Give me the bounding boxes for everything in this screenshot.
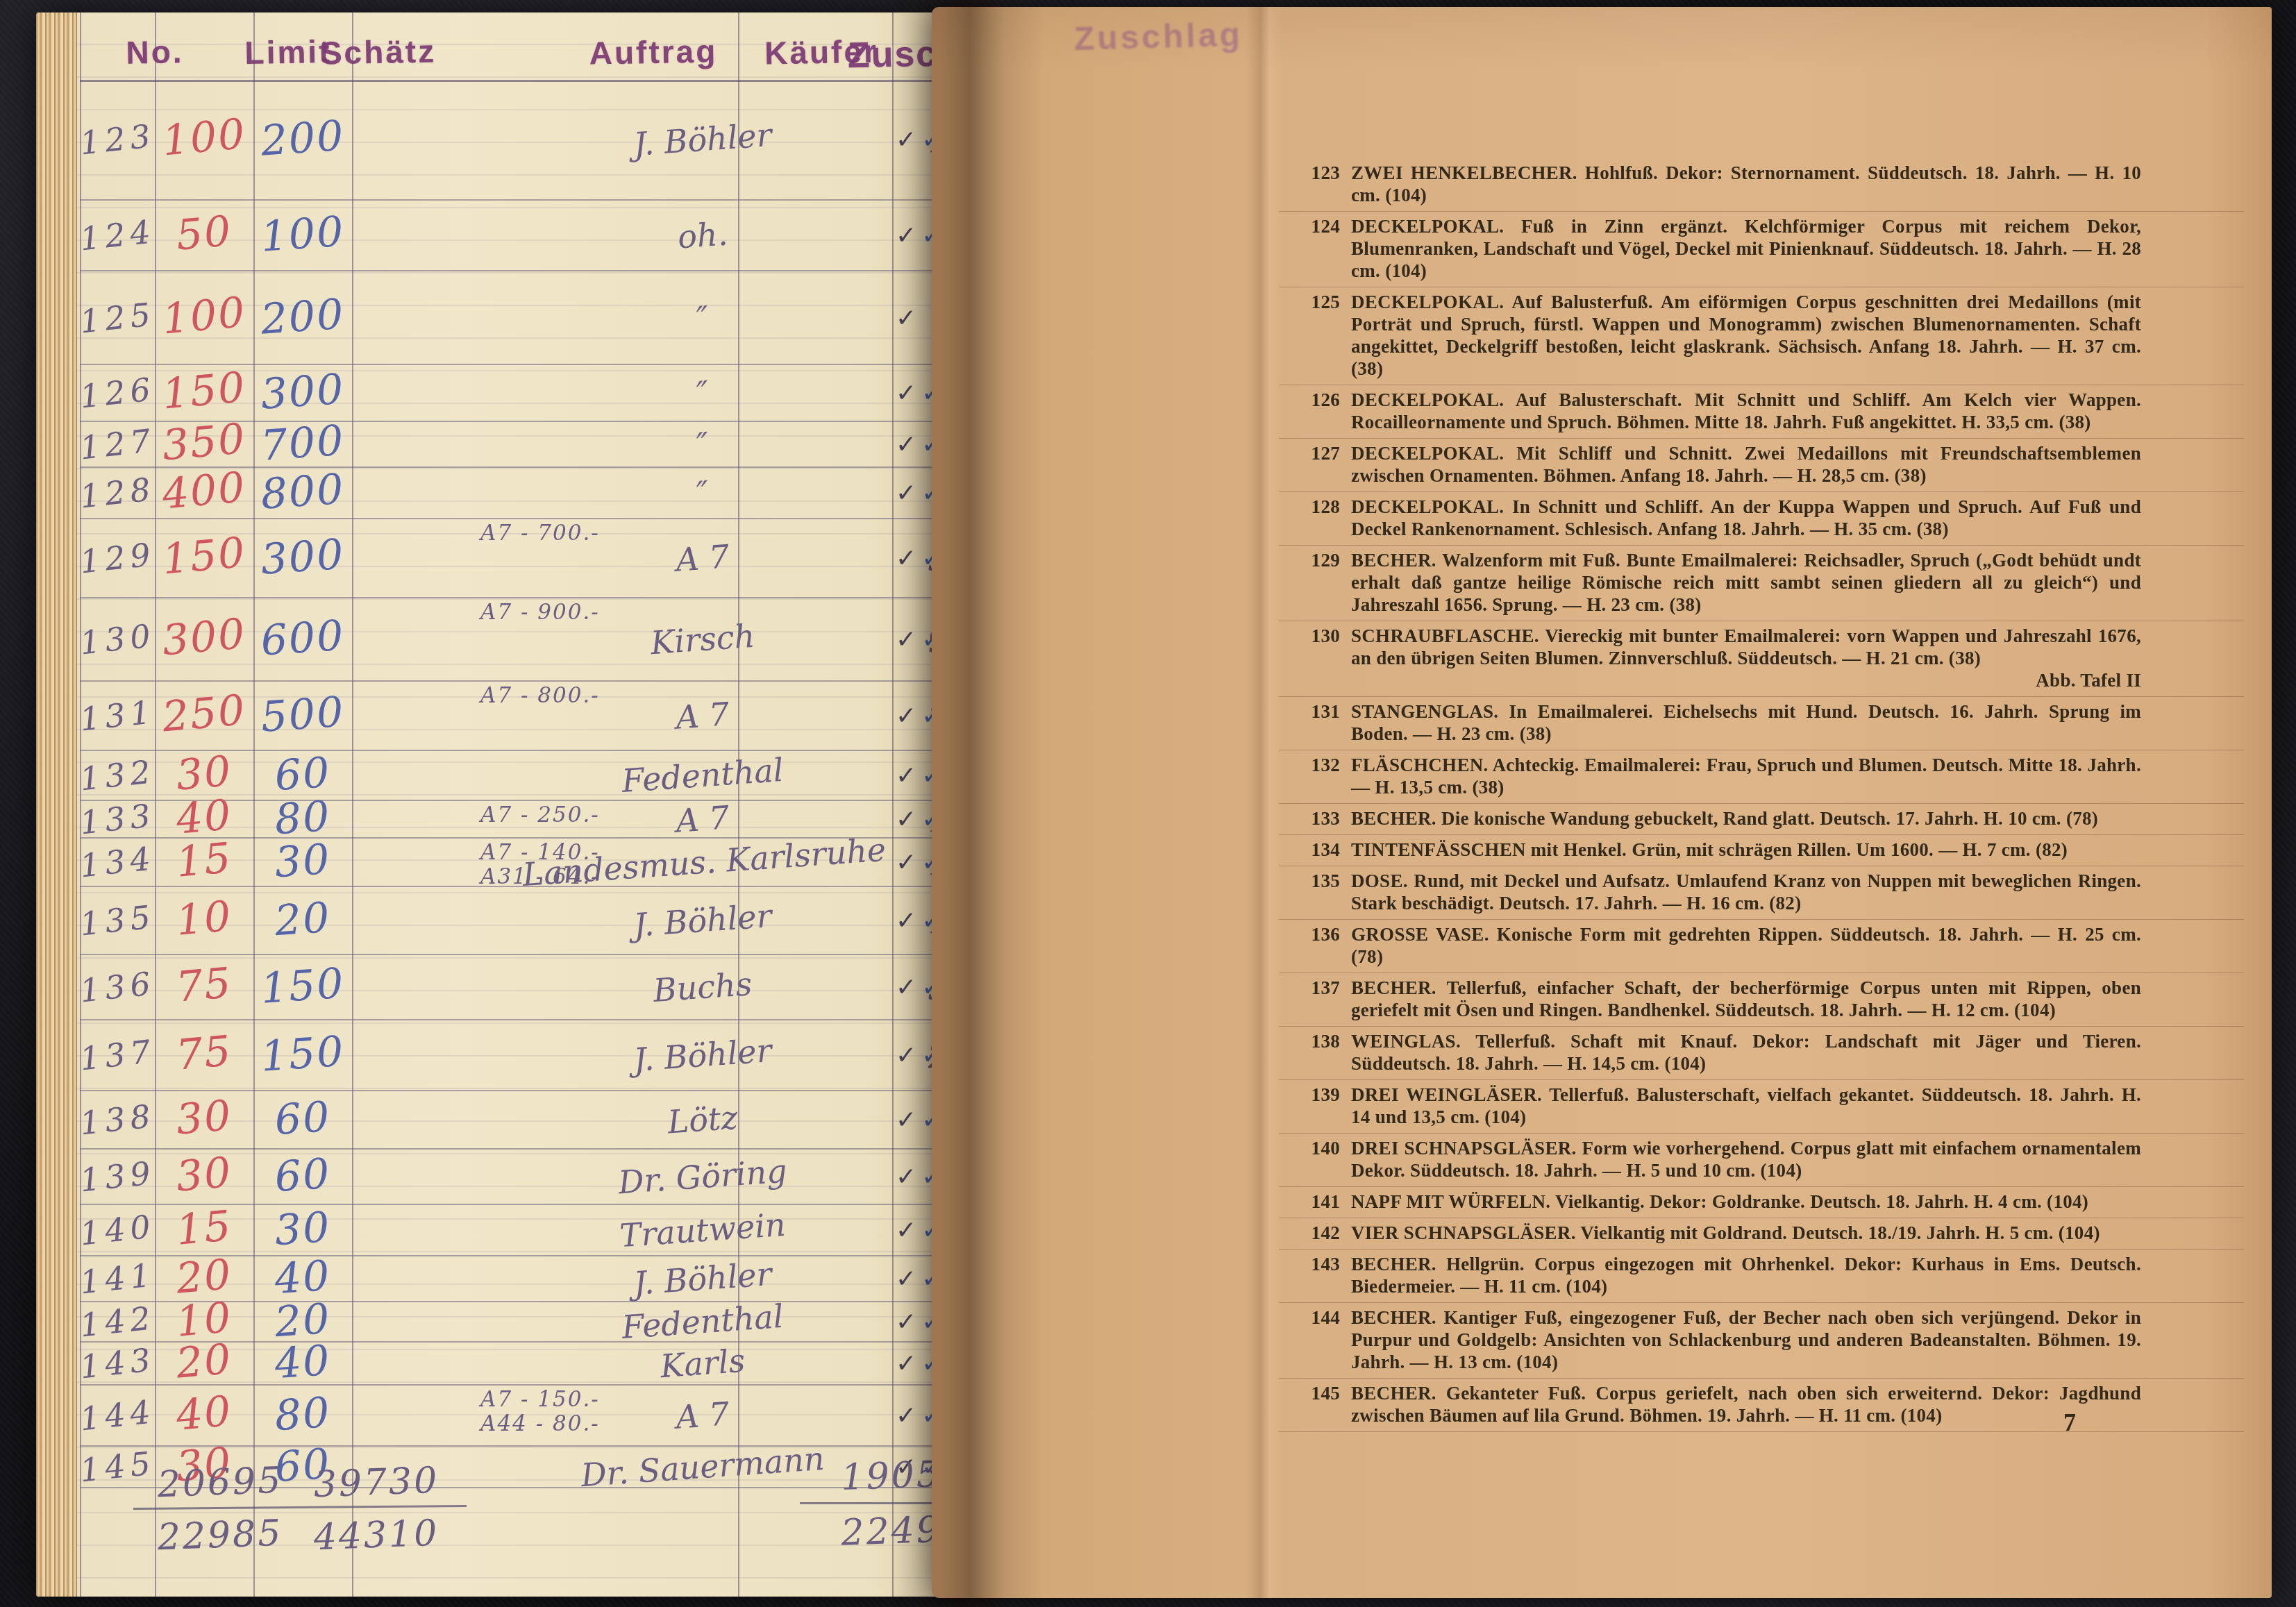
lot-description: BECHER. Die konische Wandung gebuckelt, …	[1351, 807, 2244, 830]
catalog-entry: 138 WEINGLAS. Tellerfuß. Schaft mit Knau…	[1279, 1027, 2244, 1080]
catalog-entry: 132 FLÄSCHCHEN. Achteckig. Emailmalerei:…	[1279, 750, 2244, 804]
column-header-schaetz: Schätz	[320, 33, 436, 72]
page-crease	[1246, 7, 1283, 1598]
ledger-row: 137 75 150 J. Böhler ✓✓ 200.-	[80, 1020, 979, 1091]
lot-description-text: BECHER. Hellgrün. Corpus eingezogen mit …	[1351, 1254, 2141, 1297]
lot-number: 134	[1279, 839, 1351, 861]
lot-number: 126	[1279, 389, 1351, 433]
lot-number: 138	[1279, 1030, 1351, 1075]
catalog-entry: 130 SCHRAUBFLASCHE. Viereckig mit bunter…	[1279, 621, 2244, 697]
ledger-row: 126 150 300 ″ ✓✓ –	[80, 365, 979, 422]
catalog-entry: 140 DREI SCHNAPSGLÄSER. Form wie vorherg…	[1279, 1134, 2244, 1187]
lot-number: 129	[1279, 549, 1351, 616]
cell-lot-number: 135	[78, 898, 154, 943]
cell-lot-number: 128	[78, 471, 154, 516]
cell-kaeufer: ″	[521, 462, 885, 524]
lot-number: 132	[1279, 754, 1351, 798]
lot-number: 141	[1279, 1190, 1351, 1213]
cell-lot-number: 130	[78, 617, 154, 662]
ledger-row: 127 350 700 ″ ✓✓ –	[80, 422, 979, 468]
cell-schaetz: 60	[252, 1148, 354, 1204]
cell-schaetz: 150	[252, 959, 354, 1014]
lot-description: DREI WEINGLÄSER. Tellerfuß. Balusterscha…	[1351, 1084, 2244, 1128]
cell-limit: 75	[153, 957, 255, 1013]
column-header-limit: Limit	[244, 33, 332, 71]
lot-description-text: DECKELPOKAL. In Schnitt und Schliff. An …	[1351, 496, 2141, 539]
cell-kaeufer: J. Böhler	[521, 889, 885, 952]
cell-kaeufer: oh.	[521, 204, 885, 267]
lot-description-text: BECHER. Walzenform mit Fuß. Bunte Emailm…	[1351, 550, 2141, 615]
lot-description-text: DECKELPOKAL. Fuß in Zinn ergänzt. Kelchf…	[1351, 216, 2141, 281]
cell-limit: 10	[153, 890, 255, 947]
lot-description-text: VIER SCHNAPSGLÄSER. Vielkantig mit Goldr…	[1351, 1222, 2100, 1243]
cell-schaetz: 60	[252, 1091, 354, 1147]
cell-limit: 75	[153, 1025, 255, 1082]
cell-kaeufer: ″	[521, 286, 885, 348]
lot-description-text: DECKELPOKAL. Auf Balusterfuß. Am eiförmi…	[1351, 292, 2141, 379]
ledger-row: 134 15 30 A7 - 140.-A31 - 64.- Landesmus…	[80, 839, 979, 887]
lot-description: DREI SCHNAPSGLÄSER. Form wie vorhergehen…	[1351, 1137, 2244, 1181]
cell-lot-number: 125	[78, 295, 154, 340]
limit-total: 22985	[146, 1512, 294, 1558]
column-header-no: No.	[126, 33, 184, 71]
cell-schaetz: 30	[252, 1202, 354, 1257]
lot-description-text: DREI SCHNAPSGLÄSER. Form wie vorhergehen…	[1351, 1138, 2141, 1181]
cell-schaetz: 700	[252, 416, 354, 471]
catalog-entry: 136 GROSSE VASE. Konische Form mit gedre…	[1279, 920, 2244, 973]
cell-lot-number: 132	[78, 753, 154, 798]
cell-limit: 250	[153, 685, 255, 742]
cell-schaetz: 800	[252, 464, 354, 520]
catalog-entry: 137 BECHER. Tellerfuß, einfacher Schaft,…	[1279, 973, 2244, 1027]
lot-description-text: BECHER. Gekanteter Fuß. Corpus geriefelt…	[1351, 1383, 2141, 1426]
lot-description: BECHER. Tellerfuß, einfacher Schaft, der…	[1351, 977, 2244, 1021]
catalog-entry: 144 BECHER. Kantiger Fuß, eingezogener F…	[1279, 1303, 2244, 1379]
ledger-row: 131 250 500 A7 - 800.- A 7 ✓✓ 700.-	[80, 682, 979, 751]
lot-description: BECHER. Kantiger Fuß, eingezogener Fuß, …	[1351, 1306, 2244, 1373]
lot-number: 137	[1279, 977, 1351, 1021]
cell-lot-number: 131	[78, 693, 154, 739]
cell-kaeufer: Lötz	[521, 1088, 885, 1151]
ledger-rows: 123 100 200 J. Böhler ✓✓ 100.- 124 50 10…	[80, 80, 979, 1488]
lot-number: 136	[1279, 923, 1351, 968]
lot-description: TINTENFÄSSCHEN mit Henkel. Grün, mit sch…	[1351, 839, 2244, 861]
cell-lot-number: 126	[78, 371, 154, 416]
catalog-entry: 129 BECHER. Walzenform mit Fuß. Bunte Em…	[1279, 546, 2244, 621]
cell-lot-number: 129	[78, 536, 154, 581]
cell-schaetz: 200	[252, 111, 354, 167]
cell-schaetz: 300	[252, 530, 354, 585]
lot-description-text: DREI WEINGLÄSER. Tellerfuß. Balusterscha…	[1351, 1084, 2141, 1127]
ledger-row: 125 100 200 ″ ✓ –	[80, 271, 979, 365]
cell-schaetz: 100	[252, 207, 354, 262]
ledger-row: 136 75 150 Buchs ✓✓ 330.-	[80, 955, 979, 1020]
cell-limit: 400	[153, 462, 255, 519]
cell-lot-number: 141	[78, 1256, 154, 1302]
lot-number: 133	[1279, 807, 1351, 830]
lot-description-text: DOSE. Rund, mit Deckel und Aufsatz. Umla…	[1351, 870, 2141, 914]
catalog-entry: 135 DOSE. Rund, mit Deckel und Aufsatz. …	[1279, 866, 2244, 920]
lot-number: 143	[1279, 1253, 1351, 1297]
catalog-entry: 141 NAPF MIT WÜRFELN. Vielkantig. Dekor:…	[1279, 1187, 2244, 1218]
cell-schaetz: 80	[252, 1387, 354, 1442]
catalog-entry: 126 DECKELPOKAL. Auf Balusterschaft. Mit…	[1279, 385, 2244, 439]
lot-description: NAPF MIT WÜRFELN. Vielkantig. Dekor: Gol…	[1351, 1190, 2244, 1213]
lot-description: VIER SCHNAPSGLÄSER. Vielkantig mit Goldr…	[1351, 1222, 2244, 1244]
column-header-auftrag: Auftrag	[589, 32, 717, 71]
lot-number: 124	[1279, 215, 1351, 282]
ledger-header-row: No. Limit Schätz Auftrag Käufer Zuschlag	[80, 12, 979, 82]
lot-description-text: BECHER. Die konische Wandung gebuckelt, …	[1351, 808, 2098, 829]
book-photo: No. Limit Schätz Auftrag Käufer Zuschlag…	[0, 0, 2296, 1607]
ledger-row: 128 400 800 ″ ✓✓ –	[80, 468, 979, 519]
cell-schaetz: 600	[252, 611, 354, 666]
ledger-row: 138 30 60 Lötz ✓✓ 30.-	[80, 1091, 979, 1150]
cell-lot-number: 145	[78, 1445, 154, 1490]
cell-kaeufer: J. Böhler	[521, 108, 885, 171]
lot-description: BECHER. Hellgrün. Corpus eingezogen mit …	[1351, 1253, 2244, 1297]
cell-lot-number: 137	[78, 1033, 154, 1078]
cell-schaetz: 300	[252, 364, 354, 420]
catalog-entry: 145 BECHER. Gekanteter Fuß. Corpus gerie…	[1279, 1379, 2244, 1432]
ledger-page: No. Limit Schätz Auftrag Käufer Zuschlag…	[36, 12, 979, 1597]
lot-description-text: STANGENGLAS. In Emailmalerei. Eichelsech…	[1351, 701, 2141, 744]
lot-description-text: DECKELPOKAL. Auf Balusterschaft. Mit Sch…	[1351, 389, 2141, 432]
cell-schaetz: 150	[252, 1027, 354, 1082]
ledger-row: 139 30 60 Dr. Göring ✓✓ 30.-	[80, 1150, 979, 1205]
lot-description-text: GROSSE VASE. Konische Form mit gedrehten…	[1351, 924, 2141, 967]
cell-kaeufer: Buchs	[521, 956, 885, 1018]
cell-limit: 150	[153, 362, 255, 419]
lot-description: ZWEI HENKELBECHER. Hohlfuß. Dekor: Stern…	[1351, 162, 2244, 206]
lot-number: 128	[1279, 496, 1351, 540]
cell-lot-number: 143	[78, 1341, 154, 1386]
lot-number: 131	[1279, 700, 1351, 745]
lot-description: STANGENGLAS. In Emailmalerei. Eichelsech…	[1351, 700, 2244, 745]
lot-number: 139	[1279, 1084, 1351, 1128]
lot-number: 130	[1279, 625, 1351, 691]
bleedthrough-stamp: Zuschlag	[1073, 16, 1243, 58]
lot-description: SCHRAUBFLASCHE. Viereckig mit bunter Ema…	[1351, 625, 2244, 691]
page-stack-edge	[36, 12, 77, 1597]
cell-lot-number: 140	[78, 1208, 154, 1253]
cell-limit: 350	[153, 414, 255, 471]
cell-limit: 30	[153, 1146, 255, 1203]
lot-description-text: BECHER. Kantiger Fuß, eingezogener Fuß, …	[1351, 1307, 2141, 1372]
lot-number: 140	[1279, 1137, 1351, 1181]
lot-description-text: TINTENFÄSSCHEN mit Henkel. Grün, mit sch…	[1351, 839, 2068, 860]
cell-lot-number: 138	[78, 1097, 154, 1143]
catalog-entry: 127 DECKELPOKAL. Mit Schliff und Schnitt…	[1279, 439, 2244, 492]
catalog-entries: 123 ZWEI HENKELBECHER. Hohlfuß. Dekor: S…	[1279, 158, 2244, 1432]
ledger-row: 143 20 40 Karls ✓✓ 20.-	[80, 1343, 979, 1386]
lot-description: DECKELPOKAL. In Schnitt und Schliff. An …	[1351, 496, 2244, 540]
cell-lot-number: 139	[78, 1154, 154, 1200]
ledger-row: 123 100 200 J. Böhler ✓✓ 100.-	[80, 80, 979, 201]
lot-description-text: SCHRAUBFLASCHE. Viereckig mit bunter Ema…	[1351, 625, 2141, 668]
lot-description: DECKELPOKAL. Fuß in Zinn ergänzt. Kelchf…	[1351, 215, 2244, 282]
cell-lot-number: 123	[78, 117, 154, 162]
lot-number: 142	[1279, 1222, 1351, 1244]
lot-number: 135	[1279, 870, 1351, 914]
cell-lot-number: 127	[78, 422, 154, 467]
lot-number: 144	[1279, 1306, 1351, 1373]
cell-kaeufer: Dr. Göring	[521, 1145, 885, 1208]
cell-schaetz: 20	[252, 892, 354, 948]
ledger-row: 124 50 100 oh. ✓✓ –	[80, 201, 979, 271]
ledger-row: 140 15 30 Trautwein ✓✓ 35.-	[80, 1205, 979, 1256]
lot-description: DECKELPOKAL. Auf Balusterfuß. Am eiförmi…	[1351, 291, 2244, 380]
ledger-row: 135 10 20 J. Böhler ✓✓ 120.-	[80, 887, 979, 955]
cell-schaetz: 200	[252, 289, 354, 344]
cell-limit: 20	[153, 1333, 255, 1390]
catalog-entry: 139 DREI WEINGLÄSER. Tellerfuß. Baluster…	[1279, 1080, 2244, 1134]
cell-limit: 300	[153, 609, 255, 666]
lot-number: 127	[1279, 442, 1351, 487]
lot-description: WEINGLAS. Tellerfuß. Schaft mit Knauf. D…	[1351, 1030, 2244, 1075]
cell-lot-number: 136	[78, 965, 154, 1010]
lot-description-text: NAPF MIT WÜRFELN. Vielkantig. Dekor: Gol…	[1351, 1191, 2088, 1212]
cell-schaetz: 30	[252, 834, 354, 889]
cell-limit: 15	[153, 832, 255, 889]
catalog-entry: 142 VIER SCHNAPSGLÄSER. Vielkantig mit G…	[1279, 1218, 2244, 1250]
lot-number: 125	[1279, 291, 1351, 380]
lot-description: DECKELPOKAL. Auf Balusterschaft. Mit Sch…	[1351, 389, 2244, 433]
catalog-entry: 143 BECHER. Hellgrün. Corpus eingezogen …	[1279, 1250, 2244, 1303]
cell-kaeufer: ″	[521, 362, 885, 424]
catalog-entry: 131 STANGENGLAS. In Emailmalerei. Eichel…	[1279, 697, 2244, 750]
cell-limit: 100	[153, 287, 255, 344]
cell-schaetz: 500	[252, 687, 354, 743]
lot-description-text: BECHER. Tellerfuß, einfacher Schaft, der…	[1351, 977, 2141, 1020]
lot-description: FLÄSCHCHEN. Achteckig. Emailmalerei: Fra…	[1351, 754, 2244, 798]
cell-lot-number: 142	[78, 1299, 154, 1345]
lot-number: 123	[1279, 162, 1351, 206]
catalog-entry: 123 ZWEI HENKELBECHER. Hohlfuß. Dekor: S…	[1279, 158, 2244, 212]
plate-reference: Abb. Tafel II	[1351, 669, 2141, 691]
catalog-page: Zuschlag 123 ZWEI HENKELBECHER. Hohlfuß.…	[932, 7, 2272, 1598]
page-number: 7	[2063, 1408, 2076, 1437]
cell-kaeufer: J. Böhler	[521, 1024, 885, 1086]
schaetz-total: 44310	[296, 1512, 457, 1559]
schaetz-subtotal: 39730	[296, 1459, 457, 1506]
cell-lot-number: 124	[78, 213, 154, 258]
ledger-row: 129 150 300 A7 - 700.- A 7 ✓✓ 370.-	[80, 519, 979, 598]
lot-description: DOSE. Rund, mit Deckel und Aufsatz. Umla…	[1351, 870, 2244, 914]
cell-schaetz: 40	[252, 1335, 354, 1390]
lot-description: DECKELPOKAL. Mit Schliff und Schnitt. Zw…	[1351, 442, 2244, 487]
cell-lot-number: 144	[78, 1393, 154, 1438]
catalog-entry: 124 DECKELPOKAL. Fuß in Zinn ergänzt. Ke…	[1279, 212, 2244, 287]
catalog-entry: 133 BECHER. Die konische Wandung gebucke…	[1279, 804, 2244, 835]
cell-limit: 150	[153, 528, 255, 584]
lot-description: BECHER. Walzenform mit Fuß. Bunte Emailm…	[1351, 549, 2244, 616]
cell-limit: 50	[153, 205, 255, 262]
lot-description: GROSSE VASE. Konische Form mit gedrehten…	[1351, 923, 2244, 968]
cell-limit: 40	[153, 1385, 255, 1442]
lot-description: BECHER. Gekanteter Fuß. Corpus geriefelt…	[1351, 1382, 2244, 1427]
catalog-entry: 128 DECKELPOKAL. In Schnitt und Schliff.…	[1279, 492, 2244, 546]
cell-limit: 30	[153, 1089, 255, 1146]
lot-description-text: WEINGLAS. Tellerfuß. Schaft mit Knauf. D…	[1351, 1031, 2141, 1074]
catalog-entry: 134 TINTENFÄSSCHEN mit Henkel. Grün, mit…	[1279, 835, 2244, 866]
lot-number: 145	[1279, 1382, 1351, 1427]
cell-limit: 15	[153, 1200, 255, 1256]
cell-limit: 100	[153, 109, 255, 166]
lot-description-text: FLÄSCHCHEN. Achteckig. Emailmalerei: Fra…	[1351, 755, 2141, 798]
cell-lot-number: 134	[78, 840, 154, 885]
lot-description-text: DECKELPOKAL. Mit Schliff und Schnitt. Zw…	[1351, 443, 2141, 486]
cell-lot-number: 133	[78, 797, 154, 842]
ledger-row: 130 300 600 A7 - 900.- Kirsch ✓✓ 950.-	[80, 598, 979, 682]
limit-subtotal: 20695	[146, 1459, 294, 1506]
lot-description-text: ZWEI HENKELBECHER. Hohlfuß. Dekor: Stern…	[1351, 162, 2141, 205]
catalog-entry: 125 DECKELPOKAL. Auf Balusterfuß. Am eif…	[1279, 287, 2244, 385]
